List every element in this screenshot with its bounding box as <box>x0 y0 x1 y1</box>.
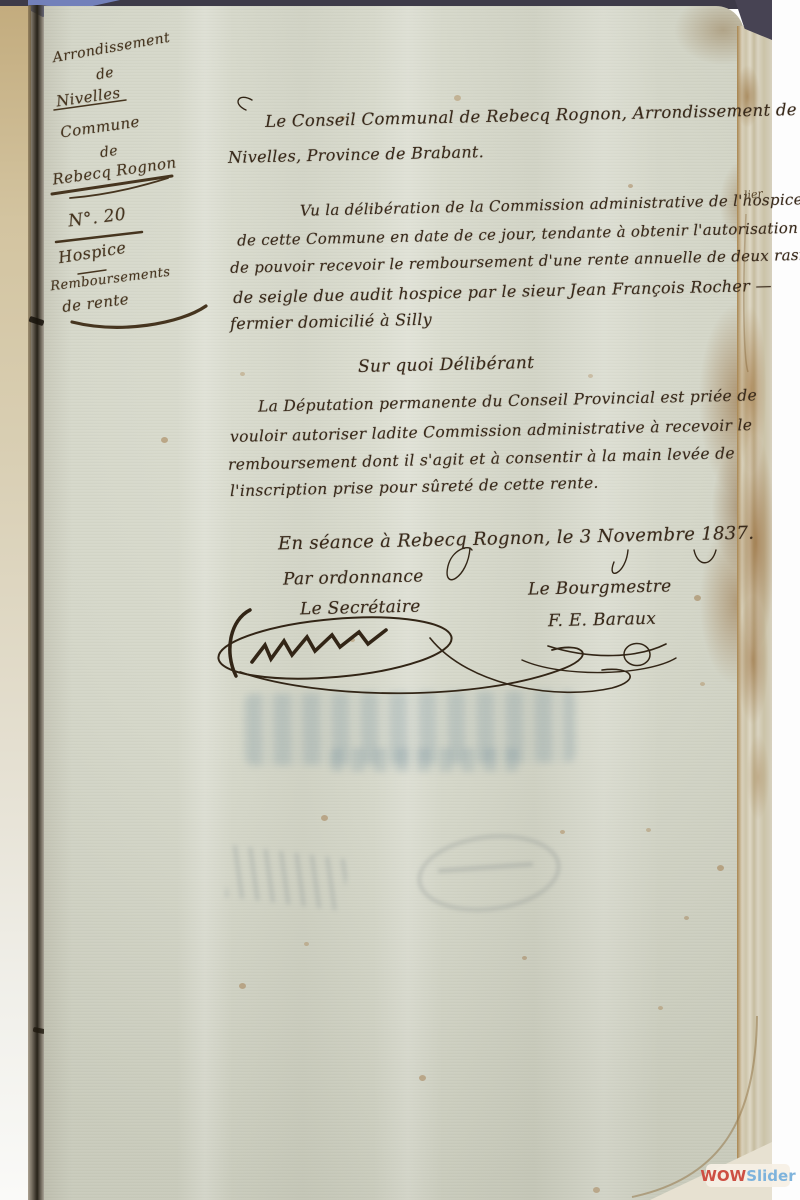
margin-note-de: de <box>99 143 119 161</box>
signature-left-role: Le Secrétaire <box>300 597 421 620</box>
margin-note-de: de <box>95 65 116 84</box>
signature-right-role: Le Bourgmestre <box>528 576 672 599</box>
signature-right-name: F. E. Baraux <box>548 609 657 631</box>
signature-left-label: Par ordonnance <box>283 566 424 589</box>
photo-of-manuscript: { "colors": { "ink": "#38291a", "paper":… <box>0 0 800 1200</box>
watermark-slider-text: Slider <box>746 1167 795 1185</box>
edge-text-fragment: lier <box>743 187 763 202</box>
previous-page-edges <box>0 6 31 1200</box>
wowslider-watermark[interactable]: WOWSlider <box>706 1164 790 1187</box>
watermark-wow-text: WOW <box>700 1167 746 1185</box>
show-through-stamp-band <box>330 748 520 772</box>
photo-right-border <box>772 0 800 1200</box>
section-heading: Sur quoi Délibérant <box>358 353 535 377</box>
